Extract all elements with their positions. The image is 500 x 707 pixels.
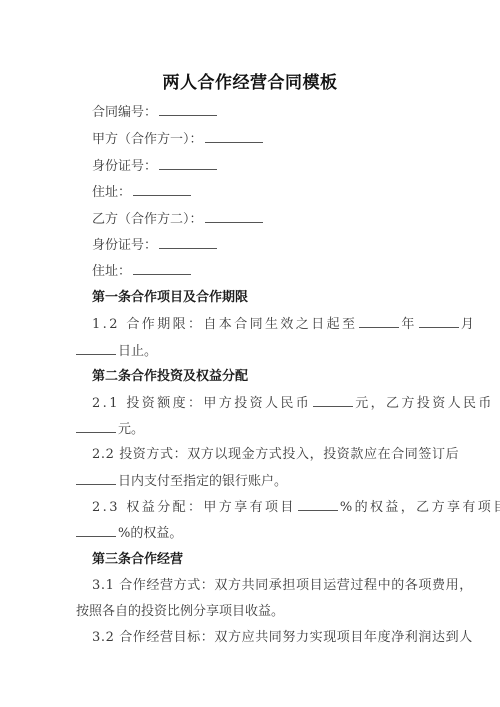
party-a-id-field: 身份证号： <box>92 158 219 175</box>
clause-text: 月 <box>461 317 476 332</box>
clause-text: 日止。 <box>118 344 157 359</box>
clause-line: 按照各自的投资比例分享项目收益。 <box>76 604 284 620</box>
clause-line: 3.2 合作经营目标：双方应共同努力实现项目年度净利润达到人 <box>92 630 473 646</box>
clause-text: 3.2 合作经营目标：双方应共同努力实现项目年度净利润达到人 <box>92 630 473 645</box>
blank-line <box>133 184 191 196</box>
field-label: 甲方（合作方一）： <box>92 132 203 147</box>
clause-text: %的权益。 <box>118 526 182 541</box>
field-label: 合同编号： <box>92 105 157 120</box>
field-label: 住址： <box>92 185 131 200</box>
clause-line: 2.1 投资额度：甲方投资人民币元，乙方投资人民币 <box>92 395 494 412</box>
blank-line <box>76 421 116 433</box>
blank-line <box>205 131 263 143</box>
document-page: 两人合作经营合同模板 合同编号： 甲方（合作方一）： 身份证号： 住址： 乙方（… <box>0 0 500 707</box>
clause-text: 年 <box>401 317 416 332</box>
clause-text: %的权益，乙方享有项目 <box>340 500 500 515</box>
clause-text: 按照各自的投资比例分享项目收益。 <box>76 604 284 619</box>
field-label: 住址： <box>92 264 131 279</box>
clause-text: 2.3 权益分配：甲方享有项目 <box>92 500 296 515</box>
blank-line <box>159 158 217 170</box>
section-heading: 第一条合作项目及合作期限 <box>92 290 248 306</box>
blank-line <box>205 211 263 223</box>
clause-text: 1.2 合作期限：自本合同生效之日起至 <box>92 317 357 332</box>
clause-line: 元。 <box>76 421 144 438</box>
blank-line <box>159 104 217 116</box>
clause-line: 2.3 权益分配：甲方享有项目%的权益，乙方享有项目 <box>92 499 500 516</box>
clause-text: 2.1 投资额度：甲方投资人民币 <box>92 396 311 411</box>
blank-line <box>76 343 116 355</box>
section-heading: 第二条合作投资及权益分配 <box>92 369 248 385</box>
clause-line: %的权益。 <box>76 525 182 542</box>
document-title: 两人合作经营合同模板 <box>0 68 500 93</box>
clause-line: 3.1 合作经营方式：双方共同承担项目运营过程中的各项费用， <box>92 578 473 594</box>
blank-line <box>133 263 191 275</box>
clause-text: 日内支付至指定的银行账户。 <box>118 474 287 489</box>
clause-text: 元，乙方投资人民币 <box>355 396 494 411</box>
clause-line: 1.2 合作期限：自本合同生效之日起至年月 <box>92 316 476 333</box>
blank-line <box>419 316 459 328</box>
blank-line <box>359 316 399 328</box>
clause-text: 2.2 投资方式：双方以现金方式投入，投资款应在合同签订后 <box>92 447 459 462</box>
blank-line <box>76 473 116 485</box>
blank-line <box>76 525 116 537</box>
blank-line <box>159 237 217 249</box>
field-label: 身份证号： <box>92 238 157 253</box>
clause-line: 2.2 投资方式：双方以现金方式投入，投资款应在合同签订后 <box>92 447 459 463</box>
clause-line: 日止。 <box>76 343 157 360</box>
contract-number-field: 合同编号： <box>92 104 219 121</box>
party-a-field: 甲方（合作方一）： <box>92 131 265 148</box>
clause-text: 元。 <box>118 422 144 437</box>
field-label: 乙方（合作方二）： <box>92 212 203 227</box>
party-b-field: 乙方（合作方二）： <box>92 211 265 228</box>
blank-line <box>298 499 338 511</box>
blank-line <box>313 395 353 407</box>
clause-text: 3.1 合作经营方式：双方共同承担项目运营过程中的各项费用， <box>92 578 473 593</box>
party-a-address-field: 住址： <box>92 184 193 201</box>
section-heading: 第三条合作经营 <box>92 552 183 568</box>
field-label: 身份证号： <box>92 159 157 174</box>
clause-line: 日内支付至指定的银行账户。 <box>76 473 287 490</box>
party-b-id-field: 身份证号： <box>92 237 219 254</box>
party-b-address-field: 住址： <box>92 263 193 280</box>
